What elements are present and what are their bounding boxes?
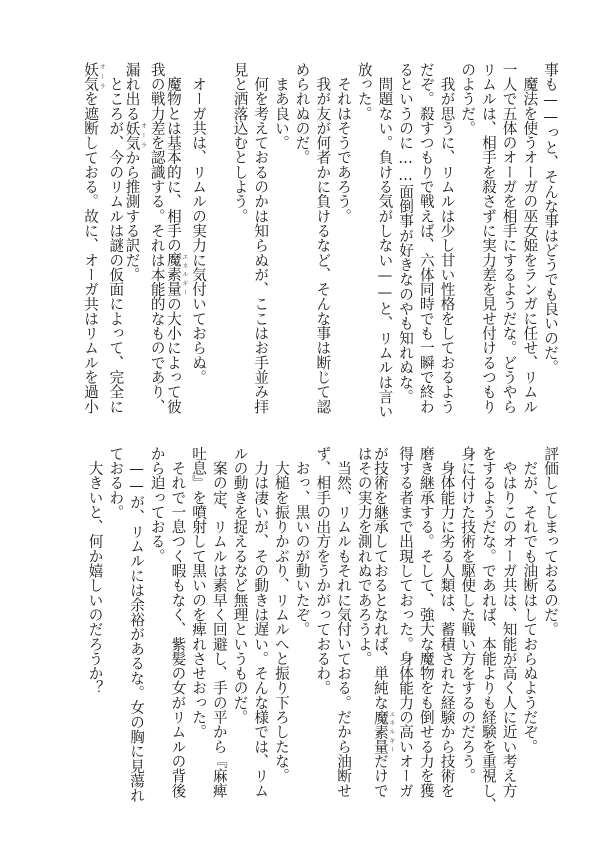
text-column: まあ良い。 — [271, 62, 291, 150]
text-column: 得する者まで出現しておった。身体能力の高いオーガ — [395, 446, 415, 798]
text-column: 我が友が何者かに負けるなど、そんな事は断じて認 — [312, 62, 332, 414]
text-column: ておるわ。 — [105, 446, 125, 519]
text-column: オーガ共は、リムルの実力に気付いておらぬ。 — [188, 62, 208, 384]
text-column: るというのに……面倒事が好きなのやも知れぬな。 — [395, 62, 415, 404]
text-column: 魔物とは基本的に、相手の魔素量エネルギーの大小によって彼 — [167, 62, 187, 414]
text-column: 当然、リムルもそれに気付いておる。だから油断せ — [333, 446, 353, 798]
text-column: められぬのだ。 — [292, 62, 312, 165]
text-column: ——が、リムルには余裕があるな。女の胸に見蕩れ — [126, 446, 146, 802]
text-column: 身体能力に劣る人類は、蓄積された経験から技術を — [437, 446, 457, 798]
text-column: のようだ。 — [457, 62, 477, 135]
text-column: 力は凄いが、その動きは遅い。そんな様では、リム — [250, 446, 270, 798]
ruby-annotation: 魔素量エネルギー — [165, 252, 182, 296]
text-column: 我が思うに、リムルは少し甘い性格をしておるよう — [437, 62, 457, 414]
text-column: 事も——っと、そんな事はどうでも良いのだ。 — [540, 62, 560, 374]
text-column: 漏れ出る妖気オーラから推測する訳だ。 — [126, 62, 146, 282]
text-column: おっ、黒いのが動いたぞ。 — [292, 446, 312, 636]
text-column: が技術を継承しておるとなれば、単純な魔素量エネルギーだけで — [374, 446, 394, 798]
text-column: 見と洒落込むとしよう。 — [230, 62, 250, 223]
text-column: 身に付けた技術を駆使した戦い方をするのだろう。 — [457, 446, 477, 783]
ruby-annotation: 妖気オーラ — [124, 121, 141, 150]
bottom-text-block: 評価してしまっておるのだ。 だが、それでも油断はしておらぬようだぞ。 やはりこの… — [50, 446, 560, 806]
text-column: はその実力を測れぬであろうよ。 — [354, 446, 374, 666]
text-column: やはりこのオーガ共は、知能が高く人に近い考え方 — [499, 446, 519, 798]
text-column: 何を考えておるのかは知らぬが、ここはお手並み拝 — [250, 62, 270, 414]
text-column: だが、それでも油断はしておらぬようだぞ。 — [519, 446, 539, 754]
text-column: 放った。 — [354, 62, 374, 121]
text-column: だぞ。殺すつもりで戦えば、六体同時でも一瞬で終わ — [416, 62, 436, 414]
text-column: 案の定、リムルは素早く回避し、手の平から『麻痺 — [209, 446, 229, 798]
text-column: 我の戦力差を認識する。それは本能的なものであり、 — [147, 62, 167, 414]
text-column: をするようだな。であれば、本能よりも経験を重視し、 — [478, 446, 498, 812]
text-column: 一人で五体のオーガを相手にするようだな。どうやら — [499, 62, 519, 414]
text-column: ルの動きを捉えるなど無理というものだ。 — [230, 446, 250, 724]
text-column: ず、相手の出方をうかがっておるわ。 — [312, 446, 332, 695]
novel-page: 事も——っと、そんな事はどうでも良いのだ。 魔法を使うオーガの巫女姫をランガに任… — [0, 0, 608, 864]
text-column: ところが、今のリムルは謎の仮面によって、完全に — [105, 62, 125, 414]
text-column: 大槌を振りかぶり、リムルへと振り下ろしたな。 — [271, 446, 291, 783]
top-text-block: 事も——っと、そんな事はどうでも良いのだ。 魔法を使うオーガの巫女姫をランガに任… — [50, 62, 560, 422]
text-column: リムルは、相手を殺さずに実力差を見せ付けるつもり — [478, 62, 498, 414]
text-column: 吐息』を噴射して黒いのを痺れさせおった。 — [188, 446, 208, 739]
text-column: 魔法を使うオーガの巫女姫をランガに任せ、リムル — [519, 62, 539, 414]
ruby-annotation: 妖気オーラ — [82, 62, 99, 91]
text-column: 問題ない。負ける気がしない——と、リムルは言い — [374, 62, 394, 418]
text-column: 大きいと、何か嬉しいのだろうか？ — [85, 446, 105, 695]
text-column: それはそうであろう。 — [333, 62, 353, 223]
text-column: から迫っておる。 — [147, 446, 167, 563]
ruby-annotation: 魔素量エネルギー — [372, 710, 389, 754]
text-column: 磨き継承する。そして、強大な魔物をも倒せる力を獲 — [416, 446, 436, 798]
text-column: それで一息つく暇もなく、紫髪の女がリムルの背後 — [167, 446, 187, 798]
text-column: 妖気オーラを遮断しておる。故に、オーガ共はリムルを過小 — [85, 62, 105, 414]
text-column: 評価してしまっておるのだ。 — [540, 446, 560, 636]
